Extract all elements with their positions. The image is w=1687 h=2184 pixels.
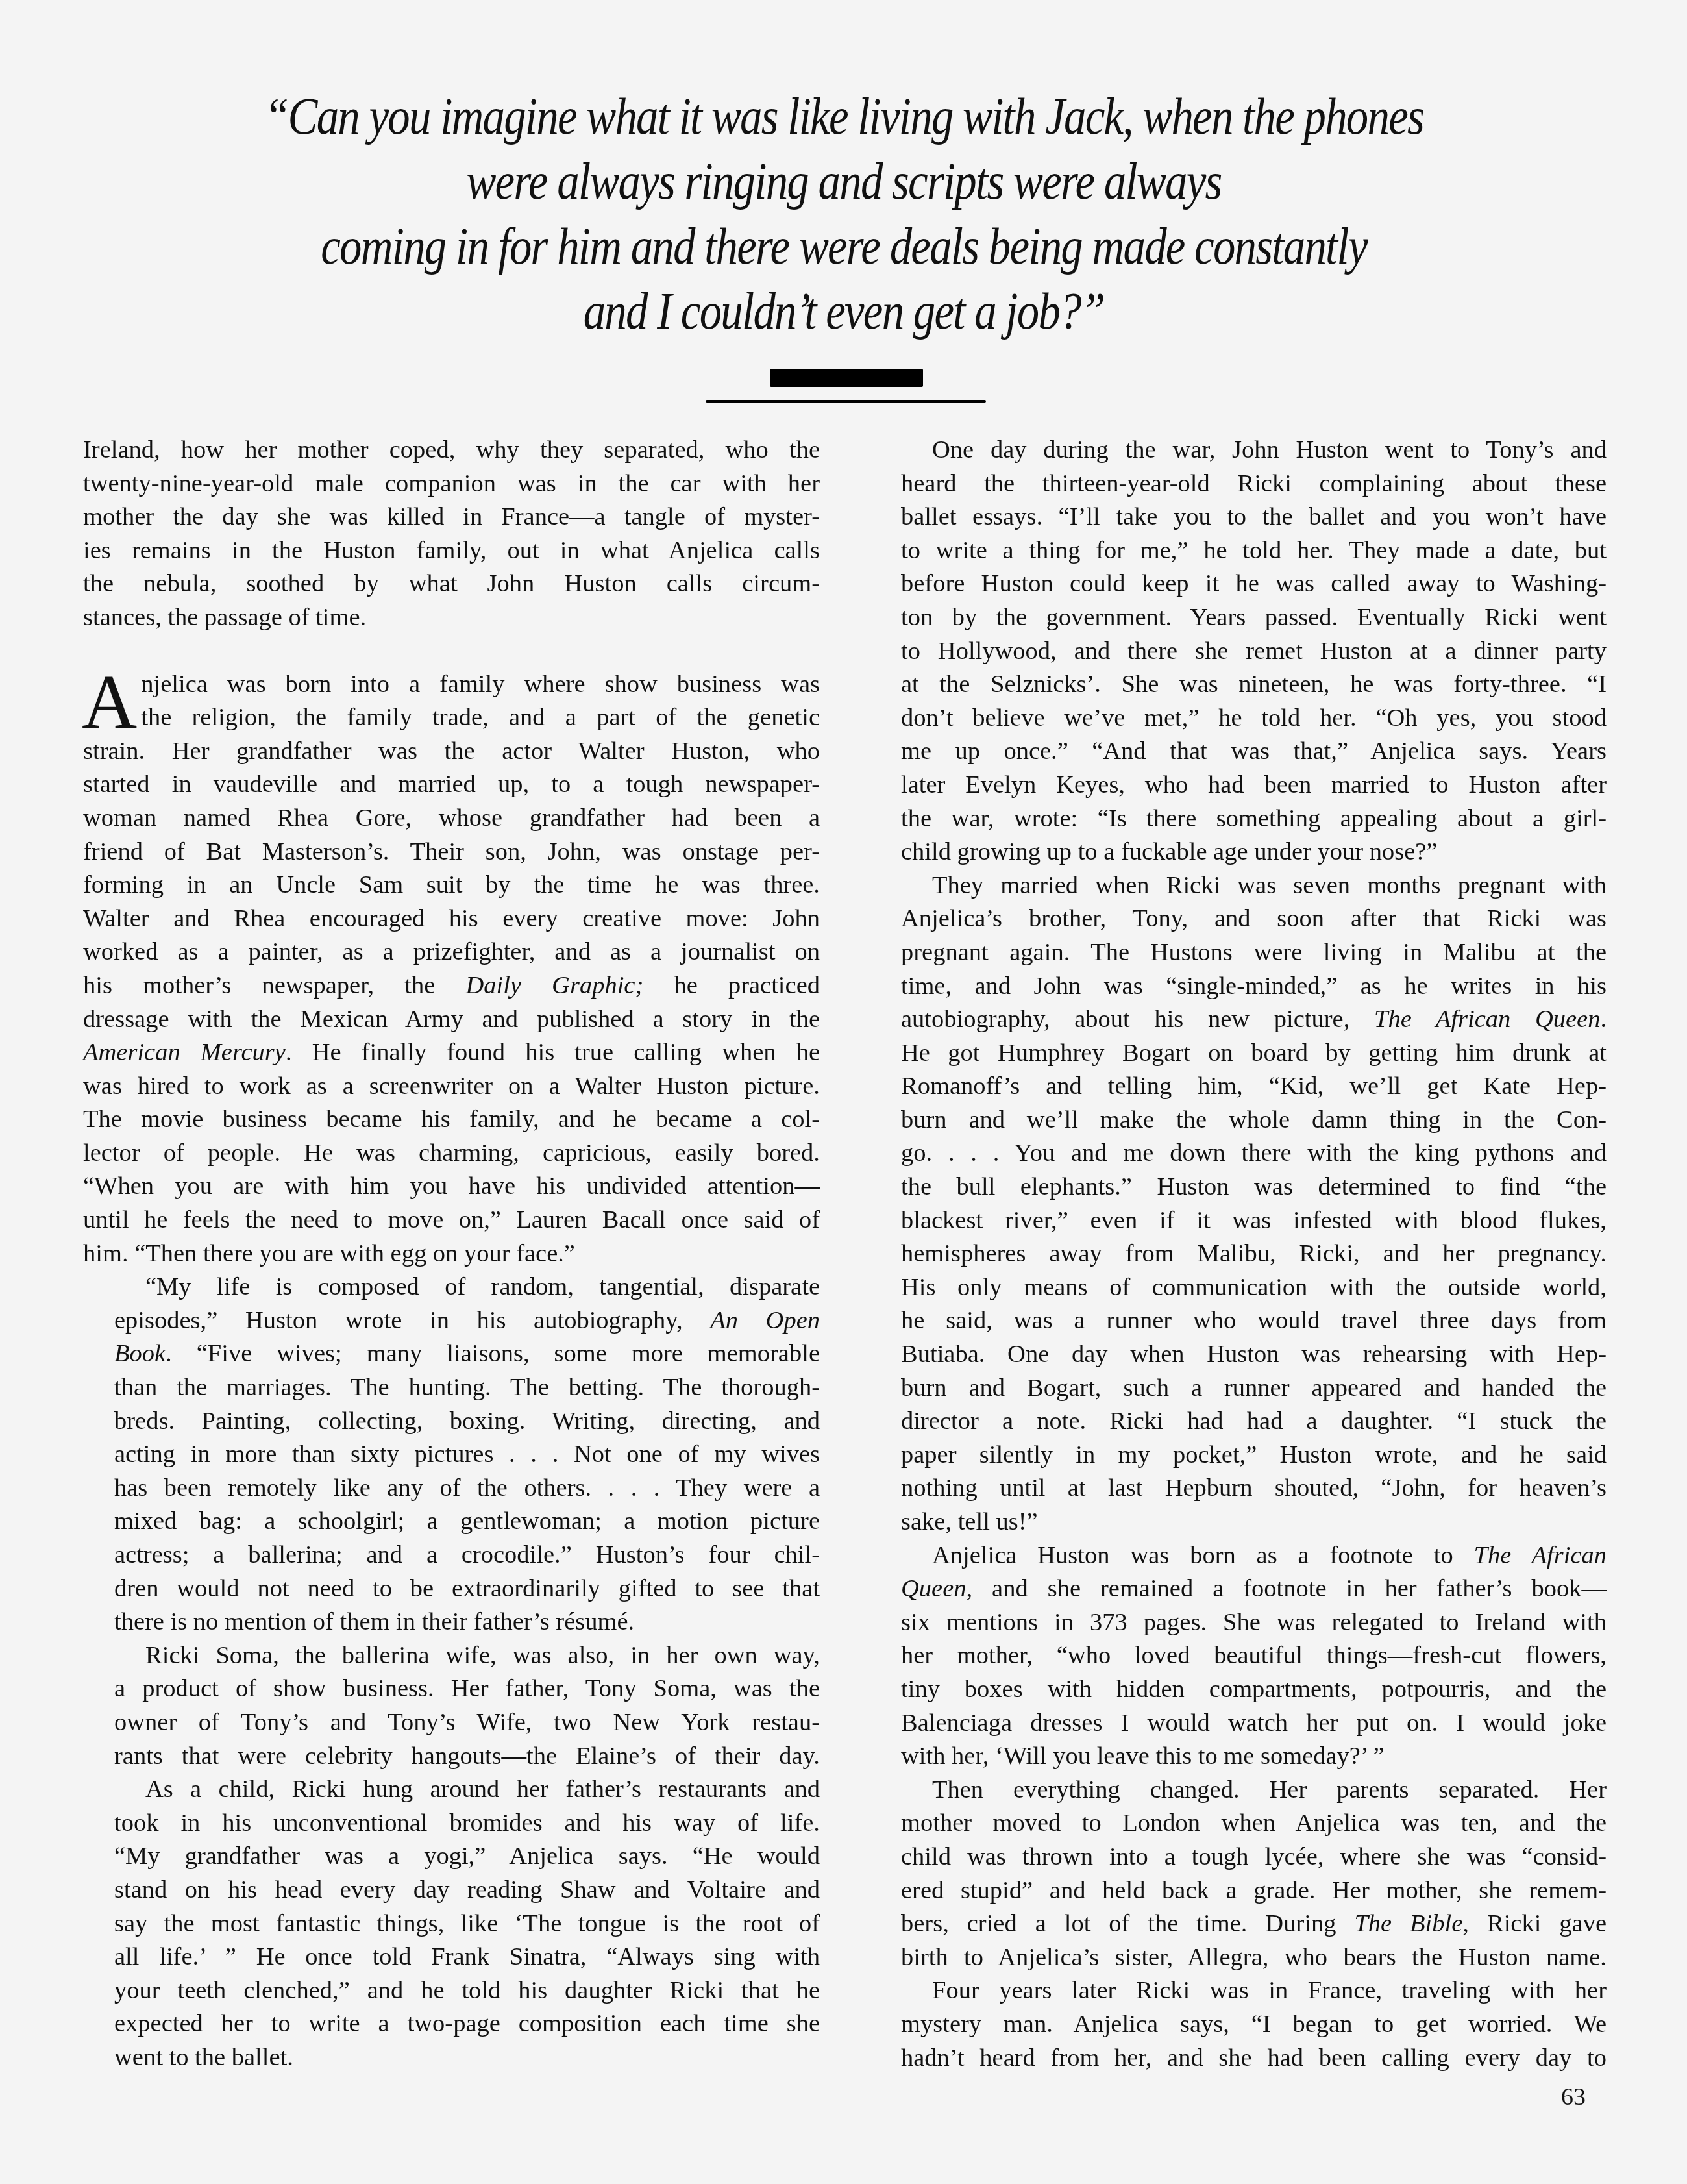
text-line: hemispheres away from Malibu, Ricki, and… <box>870 1237 1607 1271</box>
text-line: expected her to write a two-page composi… <box>83 2007 820 2041</box>
text-line: the bull elephants.” Huston was determin… <box>870 1171 1607 1204</box>
text-line: actress; a ballerina; and a crocodile.” … <box>83 1539 820 1572</box>
pull-quote-line: were always ringing and scripts were alw… <box>258 149 1430 214</box>
text-line: Anjelica’s brother, Tony, and soon after… <box>870 902 1607 936</box>
text-line: Four years later Ricki was in France, tr… <box>870 1974 1607 2008</box>
text-line: autobiography, about his new picture, Th… <box>870 1003 1607 1037</box>
text-line: six mentions in 373 pages. She was releg… <box>870 1606 1607 1640</box>
text-line: went to the ballet. <box>83 2041 820 2075</box>
paragraph: Anjelica Huston was born as a footnote t… <box>870 1539 1607 1774</box>
pull-quote-line: coming in for him and there were deals b… <box>258 214 1430 279</box>
text-line: birth to Anjelica’s sister, Allegra, who… <box>870 1941 1607 1975</box>
text-line: the war, wrote: “Is there something appe… <box>870 802 1607 836</box>
text-line: Balenciaga dresses I would watch her put… <box>870 1707 1607 1741</box>
italic-title: The African Queen <box>1374 1006 1600 1033</box>
text-line: American Mercury. He finally found his t… <box>83 1036 820 1070</box>
text-line: paper silently in my pocket,” Huston wro… <box>870 1439 1607 1472</box>
text-line: sake, tell us!” <box>870 1506 1607 1539</box>
text-line: started in vaudeville and married up, to… <box>83 768 820 802</box>
text-line: “My grandfather was a yogi,” Anjelica sa… <box>83 1840 820 1874</box>
text-line: owner of Tony’s and Tony’s Wife, two New… <box>83 1706 820 1740</box>
text-line: Romanoff’s and telling him, “Kid, we’ll … <box>870 1070 1607 1104</box>
text-line: later Evelyn Keyes, who had been married… <box>870 769 1607 802</box>
text-line: One day during the war, John Huston went… <box>870 434 1607 467</box>
text-line: your teeth clenched,” and he told his da… <box>83 1974 820 2008</box>
text-line: mother moved to London when Anjelica was… <box>870 1807 1607 1841</box>
text-line: lector of people. He was charming, capri… <box>83 1137 820 1171</box>
text-line: Ricki Soma, the ballerina wife, was also… <box>83 1639 820 1673</box>
text-line: Queen, and she remained a footnote in he… <box>870 1572 1607 1606</box>
paragraph: One day during the war, John Huston went… <box>870 434 1607 869</box>
italic-title: Daily Graphic; <box>465 972 643 999</box>
text-line: burn and Bogart, such a runner appeared … <box>870 1372 1607 1406</box>
text-line: me up once.” “And that was that,” Anjeli… <box>870 735 1607 769</box>
text-line: mother the day she was killed in France—… <box>83 501 820 534</box>
italic-title: An Open <box>710 1307 820 1334</box>
italic-title: The African <box>1474 1542 1607 1569</box>
italic-title: American Mercury <box>83 1039 286 1066</box>
text-line: acting in more than sixty pictures . . .… <box>83 1438 820 1472</box>
text-line: the religion, the family trade, and a pa… <box>83 701 820 735</box>
text-line: “When you are with him you have his undi… <box>83 1170 820 1204</box>
italic-title: The Bible <box>1354 1910 1462 1937</box>
text-line: nothing until at last Hepburn shouted, “… <box>870 1472 1607 1506</box>
text-line: mystery man. Anjelica says, “I began to … <box>870 2008 1607 2042</box>
text-line: all life.’ ” He once told Frank Sinatra,… <box>83 1941 820 1974</box>
text-line: heard the thirteen-year-old Ricki compla… <box>870 467 1607 501</box>
text-line: njelica was born into a family where sho… <box>83 668 820 702</box>
text-line: ton by the government. Years passed. Eve… <box>870 601 1607 635</box>
paragraph-dropcap: A njelica was born into a family where s… <box>83 668 820 1271</box>
decorative-bar <box>770 369 923 387</box>
text-line: until he feels the need to move on,” Lau… <box>83 1204 820 1237</box>
text-line: dressage with the Mexican Army and publi… <box>83 1003 820 1037</box>
text-line: a product of show business. Her father, … <box>83 1672 820 1706</box>
text-line: strain. Her grandfather was the actor Wa… <box>83 735 820 769</box>
text-line: has been remotely like any of the others… <box>83 1472 820 1506</box>
paragraph: Ireland, how her mother coped, why they … <box>83 434 820 635</box>
text-line: bers, cried a lot of the time. During Th… <box>870 1907 1607 1941</box>
text-line: say the most fantastic things, like ‘The… <box>83 1907 820 1941</box>
text-line: ered stupid” and held back a grade. Her … <box>870 1874 1607 1908</box>
text-line: with her, ‘Will you leave this to me som… <box>870 1740 1607 1774</box>
text-line: woman named Rhea Gore, whose grandfather… <box>83 802 820 836</box>
text-line: her mother, “who loved beautiful things—… <box>870 1639 1607 1673</box>
text-line: to write a thing for me,” he told her. T… <box>870 534 1607 568</box>
text-line: him. “Then there you are with egg on you… <box>83 1237 820 1271</box>
text-line: stand on his head every day reading Shaw… <box>83 1874 820 1907</box>
text-line: to Hollywood, and there she remet Huston… <box>870 635 1607 669</box>
text-line: His only means of communication with the… <box>870 1271 1607 1305</box>
text-line: child growing up to a fuckable age under… <box>870 836 1607 869</box>
text-line: blackest river,” even if it was infested… <box>870 1204 1607 1238</box>
text-line: dren would not need to be extraordinaril… <box>83 1572 820 1606</box>
drop-cap: A <box>82 672 137 732</box>
paragraph: They married when Ricki was seven months… <box>870 869 1607 1539</box>
text-line: He got Humphrey Bogart on board by getti… <box>870 1037 1607 1071</box>
text-line: than the marriages. The hunting. The bet… <box>83 1371 820 1405</box>
text-line: As a child, Ricki hung around her father… <box>83 1773 820 1807</box>
text-line: the nebula, soothed by what John Huston … <box>83 567 820 601</box>
paragraph: “My life is composed of random, tangenti… <box>83 1271 820 1639</box>
text-line: Anjelica Huston was born as a footnote t… <box>870 1539 1607 1573</box>
text-line: Ireland, how her mother coped, why they … <box>83 434 820 467</box>
text-line: ies remains in the Huston family, out in… <box>83 534 820 568</box>
paragraph: Ricki Soma, the ballerina wife, was also… <box>83 1639 820 1773</box>
text-line: his mother’s newspaper, the Daily Graphi… <box>83 969 820 1003</box>
text-line: Walter and Rhea encouraged his every cre… <box>83 902 820 936</box>
text-line: before Huston could keep it he was calle… <box>870 567 1607 601</box>
text-line: stances, the passage of time. <box>83 601 820 635</box>
text-line: mixed bag: a schoolgirl; a gentlewoman; … <box>83 1505 820 1539</box>
article-column-right: One day during the war, John Huston went… <box>870 434 1607 2075</box>
text-line: tiny boxes with hidden compartments, pot… <box>870 1673 1607 1707</box>
text-line: at the Selznicks’. She was nineteen, he … <box>870 668 1607 702</box>
text-line: rants that were celebrity hangouts—the E… <box>83 1740 820 1774</box>
text-line: took in his unconventional bromides and … <box>83 1807 820 1841</box>
text-line: breds. Painting, collecting, boxing. Wri… <box>83 1405 820 1439</box>
text-line: The movie business became his family, an… <box>83 1103 820 1137</box>
text-line: “My life is composed of random, tangenti… <box>83 1271 820 1304</box>
text-line: director a note. Ricki had had a daughte… <box>870 1405 1607 1439</box>
page-number: 63 <box>1561 2083 1586 2111</box>
text-line: Book. “Five wives; many liaisons, some m… <box>83 1337 820 1371</box>
text-line: twenty-nine-year-old male companion was … <box>83 467 820 501</box>
horizontal-rule <box>706 400 986 403</box>
text-line: there is no mention of them in their fat… <box>83 1606 820 1639</box>
paragraph: As a child, Ricki hung around her father… <box>83 1773 820 2074</box>
italic-title: Queen <box>901 1575 966 1602</box>
pull-quote-line: and I couldn’t even get a job?” <box>258 279 1430 344</box>
text-line: ballet essays. “I’ll take you to the bal… <box>870 501 1607 534</box>
paragraph: Four years later Ricki was in France, tr… <box>870 1974 1607 2075</box>
text-line: worked as a painter, as a prizefighter, … <box>83 936 820 969</box>
text-line: hadn’t heard from her, and she had been … <box>870 2042 1607 2076</box>
text-line: he said, was a runner who would travel t… <box>870 1304 1607 1338</box>
italic-title: Book <box>114 1340 166 1367</box>
text-line: burn and we’ll make the whole damn thing… <box>870 1104 1607 1137</box>
text-line: go. . . . You and me down there with the… <box>870 1137 1607 1171</box>
text-line: forming in an Uncle Sam suit by the time… <box>83 869 820 902</box>
article-column-left: Ireland, how her mother coped, why they … <box>83 434 820 2075</box>
text-line: don’t believe we’ve met,” he told her. “… <box>870 702 1607 736</box>
paragraph: Then everything changed. Her parents sep… <box>870 1774 1607 1975</box>
text-line: episodes,” Huston wrote in his autobiogr… <box>83 1304 820 1338</box>
text-line: They married when Ricki was seven months… <box>870 869 1607 903</box>
text-line: friend of Bat Masterson’s. Their son, Jo… <box>83 836 820 869</box>
pull-quote-line: “Can you imagine what it was like living… <box>258 84 1430 149</box>
pull-quote: “Can you imagine what it was like living… <box>258 84 1430 344</box>
text-line: time, and John was “single-minded,” as h… <box>870 970 1607 1004</box>
text-line: child was thrown into a tough lycée, whe… <box>870 1841 1607 1874</box>
text-line: pregnant again. The Hustons were living … <box>870 936 1607 970</box>
text-line: Butiaba. One day when Huston was rehears… <box>870 1338 1607 1372</box>
text-line: Then everything changed. Her parents sep… <box>870 1774 1607 1807</box>
text-line: was hired to work as a screenwriter on a… <box>83 1070 820 1104</box>
